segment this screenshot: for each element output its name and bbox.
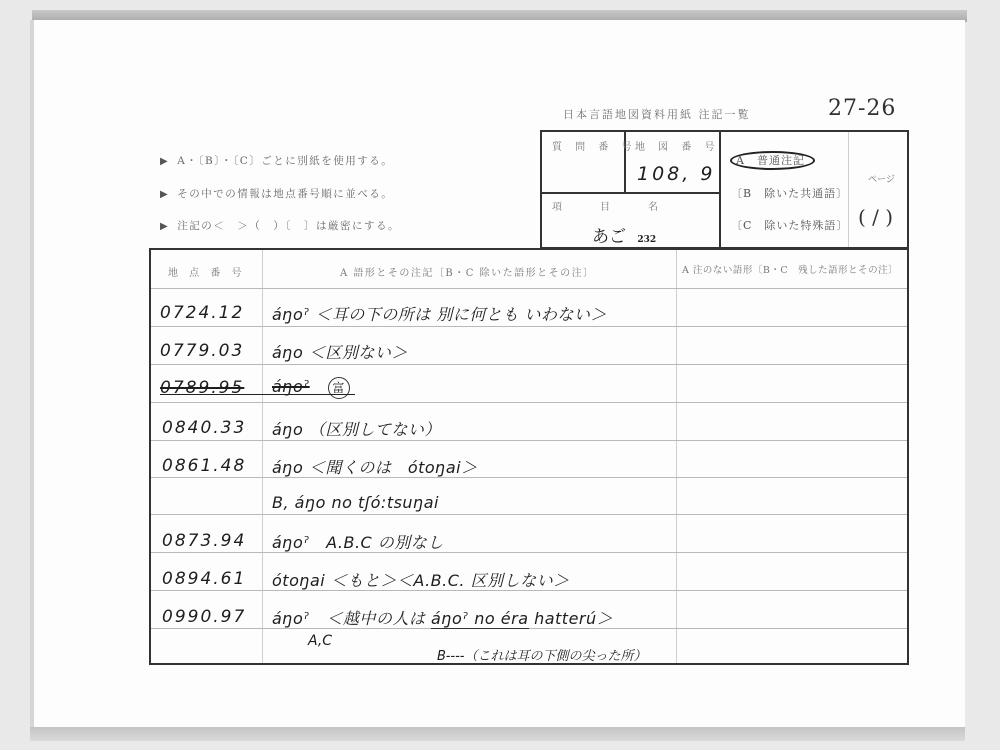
column-header-point-number: 地 点 番 号 (168, 264, 246, 279)
entry-struck: áŋoˀ富 (272, 377, 350, 399)
option-c[interactable]: 〔C 除いた特殊語〕 (731, 217, 848, 233)
entry: áŋo ＜聞くのは ótoŋai＞ (272, 455, 478, 478)
rule-3: ▶注記の＜ ＞（ ）〔 〕は厳密にする。 (160, 218, 400, 233)
entry-sub-annotation: A,C (308, 633, 332, 649)
strike-line (160, 394, 355, 395)
sheet-number: 27-26 (828, 96, 896, 121)
point-number: 0990.97 (162, 607, 246, 627)
rule-text: A・〔B〕・〔C〕ごとに別紙を使用する。 (177, 155, 393, 167)
entry-note: B----（これは耳の下側の尖った所） (437, 645, 646, 664)
entry-text: hatterú＞ (529, 609, 614, 628)
entry: áŋo ＜区別ない＞ (272, 340, 408, 363)
point-number-struck: 0789.95 (160, 378, 244, 398)
point-number: 0724.12 (160, 303, 244, 323)
rule-2: ▶その中での情報は地点番号順に並べる。 (160, 186, 393, 201)
page-value: ( / ) (858, 205, 893, 229)
map-number-value: 108, 9 (637, 163, 715, 185)
point-number: 0779.03 (160, 341, 244, 361)
entry-underlined: áŋoˀ no éra (431, 609, 528, 629)
column-header-a-forms: A 語形とその注記〔B・C 除いた語形とその注〕 (340, 264, 595, 279)
row-line (151, 514, 907, 515)
item-name-value: あご 232 (592, 222, 656, 247)
map-number-label: 地 図 番 号 (635, 138, 720, 153)
row-line (151, 477, 907, 478)
row-line (151, 440, 907, 441)
entry: áŋoˀ ＜耳の下の所は 別に何とも いわない＞ (272, 302, 607, 325)
entry-head: áŋoˀ (272, 609, 310, 628)
column-divider (262, 250, 263, 663)
header-divider (540, 192, 720, 194)
paper-shadow-bottom (30, 727, 965, 741)
row-line (151, 552, 907, 553)
entry-text: ＜越中の人は (326, 609, 431, 628)
entry: áŋoˀ ＜越中の人は áŋoˀ no éra hatterú＞ (272, 606, 613, 629)
question-number-label: 質 問 番 号 (552, 138, 637, 153)
row-line (151, 364, 907, 365)
triangle-bullet-icon: ▶ (160, 189, 169, 200)
entry: ótoŋai ＜もと＞＜A.B.C. 区別しない＞ (272, 568, 570, 591)
item-name-code: 232 (637, 235, 656, 245)
point-number: 0873.94 (162, 531, 246, 551)
entry: B, áŋo no tʃó:tsuŋai (272, 493, 439, 512)
point-number: 0861.48 (162, 456, 246, 476)
rule-1: ▶A・〔B〕・〔C〕ごとに別紙を使用する。 (160, 153, 393, 168)
entry: áŋo （区別してない） (272, 417, 441, 440)
sheet-title: 日本言語地図資料用紙 注記一覧 (563, 106, 751, 122)
column-header-a-no-notes: A 注のない語形〔B・C 残した語形とその注〕 (682, 262, 898, 276)
point-number: 0894.61 (162, 569, 246, 589)
rule-text: 注記の＜ ＞（ ）〔 〕は厳密にする。 (177, 220, 400, 232)
item-name-label: 項 目 名 (552, 198, 672, 213)
option-a-label: A 普通注記 (730, 151, 815, 170)
column-divider (676, 250, 677, 663)
row-line (151, 326, 907, 327)
circled-mark: 富 (328, 377, 350, 399)
item-name-text: あご (592, 227, 626, 247)
header-row-line (151, 288, 907, 289)
point-number: 0840.33 (162, 418, 246, 438)
entry: áŋoˀ A.B.C の別なし (272, 530, 444, 553)
triangle-bullet-icon: ▶ (160, 221, 169, 232)
rule-text: その中での情報は地点番号順に並べる。 (177, 188, 393, 200)
option-b[interactable]: 〔B 除いた共通語〕 (731, 185, 848, 201)
triangle-bullet-icon: ▶ (160, 156, 169, 167)
option-a[interactable]: A 普通注記 (730, 152, 815, 168)
page-label: ページ (868, 172, 895, 185)
row-line (151, 402, 907, 403)
